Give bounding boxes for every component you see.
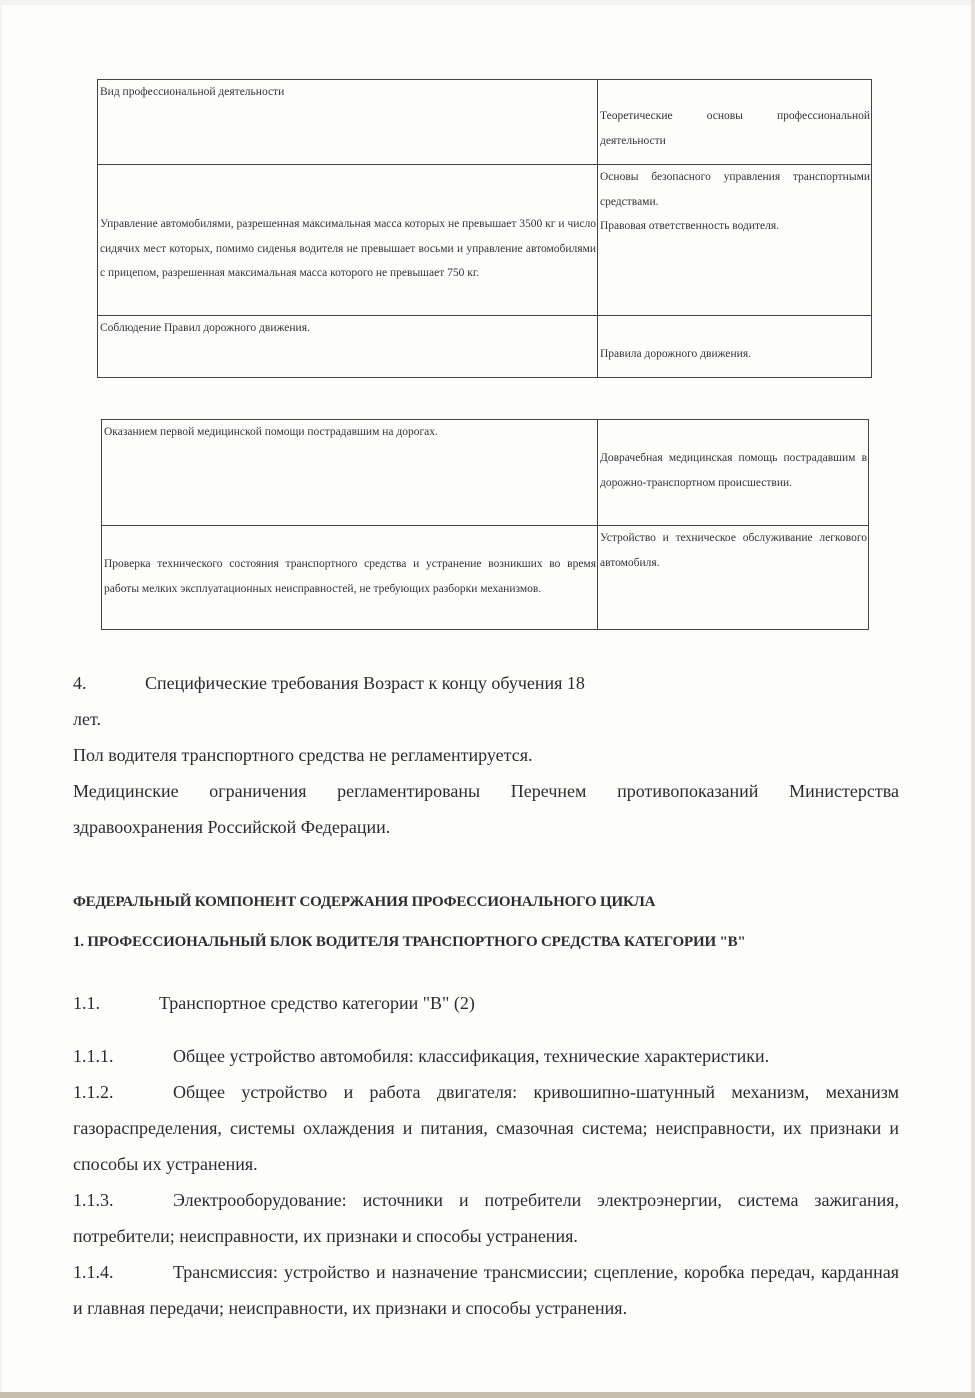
page-edge — [0, 1392, 975, 1398]
table-row: Оказанием первой медицинской помощи пост… — [102, 420, 869, 526]
header-activity-type: Вид профессиональной деятельности — [100, 86, 284, 98]
cell-text: Правовая ответственность водителя. — [600, 214, 870, 239]
section-number: 4. — [73, 665, 145, 701]
cell-text: Доврачебная медицинская помощь пострадав… — [600, 452, 867, 489]
cell-text: Управление автомобилями, разрешенная мак… — [100, 218, 596, 279]
table-cell: Соблюдение Правил дорожного движения. — [98, 316, 598, 378]
section-4: 4.Специфические требования Возраст к кон… — [73, 665, 899, 845]
professional-block-heading: 1. ПРОФЕССИОНАЛЬНЫЙ БЛОК ВОДИТЕЛЯ ТРАНСП… — [73, 934, 746, 951]
outline-items: 1.1.1.Общее устройство автомобиля: класс… — [73, 1038, 899, 1326]
item-number: 1.1.4. — [73, 1254, 173, 1290]
competency-table-1: Вид профессиональной деятельности Теорет… — [97, 79, 872, 378]
table-cell: Проверка технического состояния транспор… — [102, 526, 598, 630]
item-text: Общее устройство автомобиля: классификац… — [173, 1046, 769, 1066]
list-item: 1.1.3.Электрооборудование: источники и п… — [73, 1182, 899, 1254]
competency-table-2: Оказанием первой медицинской помощи пост… — [101, 419, 869, 630]
table-cell: Управление автомобилями, разрешенная мак… — [98, 165, 598, 316]
cell-text: Проверка технического состояния транспор… — [104, 558, 596, 595]
item-text: Электрооборудование: источники и потреби… — [73, 1190, 899, 1246]
item-number: 1.1.2. — [73, 1074, 173, 1110]
federal-component-heading: ФЕДЕРАЛЬНЫЙ КОМПОНЕНТ СОДЕРЖАНИЯ ПРОФЕСС… — [73, 894, 655, 911]
header-theoretical-basis: Теоретические основы профессиональной де… — [600, 110, 870, 147]
table-cell: Вид профессиональной деятельности — [98, 80, 598, 165]
cell-text: Устройство и техническое обслуживание ле… — [600, 532, 867, 569]
section-title: Транспортное средство категории "В" (2) — [159, 993, 475, 1013]
table-cell: Правила дорожного движения. — [598, 316, 872, 378]
table-cell: Устройство и техническое обслуживание ле… — [598, 526, 869, 630]
cell-text: Оказанием первой медицинской помощи пост… — [104, 426, 438, 438]
cell-text: Соблюдение Правил дорожного движения. — [100, 322, 310, 334]
list-item: 1.1.4.Трансмиссия: устройство и назначен… — [73, 1254, 899, 1326]
list-item: 1.1.1.Общее устройство автомобиля: класс… — [73, 1038, 899, 1074]
item-text: Общее устройство и работа двигателя: кри… — [73, 1082, 899, 1174]
table-cell: Доврачебная медицинская помощь пострадав… — [598, 420, 869, 526]
table-row: Соблюдение Правил дорожного движения. Пр… — [98, 316, 872, 378]
section-4-continuation: лет. — [73, 701, 899, 737]
list-item: 1.1.2.Общее устройство и работа двигател… — [73, 1074, 899, 1182]
table-cell: Основы безопасного управления транспортн… — [598, 165, 872, 316]
section-1-1-title: 1.1.Транспортное средство категории "В" … — [73, 985, 899, 1021]
section-4-line: 4.Специфические требования Возраст к кон… — [73, 665, 899, 701]
table-cell: Оказанием первой медицинской помощи пост… — [102, 420, 598, 526]
table-row: Проверка технического состояния транспор… — [102, 526, 869, 630]
gender-paragraph: Пол водителя транспортного средства не р… — [73, 737, 899, 773]
item-number: 1.1.3. — [73, 1182, 173, 1218]
medical-paragraph: Медицинские ограничения регламентированы… — [73, 773, 899, 845]
cell-text: Правила дорожного движения. — [600, 348, 751, 360]
section-number: 1.1. — [73, 985, 159, 1021]
table-row: Управление автомобилями, разрешенная мак… — [98, 165, 872, 316]
section-1-1: 1.1.Транспортное средство категории "В" … — [73, 985, 899, 1021]
table-cell: Теоретические основы профессиональной де… — [598, 80, 872, 165]
item-text: Трансмиссия: устройство и назначение тра… — [73, 1262, 899, 1318]
table-header-row: Вид профессиональной деятельности Теорет… — [98, 80, 872, 165]
cell-text: Основы безопасного управления транспортн… — [600, 165, 870, 214]
section-4-title: Специфические требования Возраст к концу… — [145, 673, 585, 693]
item-number: 1.1.1. — [73, 1038, 173, 1074]
page-edge — [971, 0, 975, 1398]
